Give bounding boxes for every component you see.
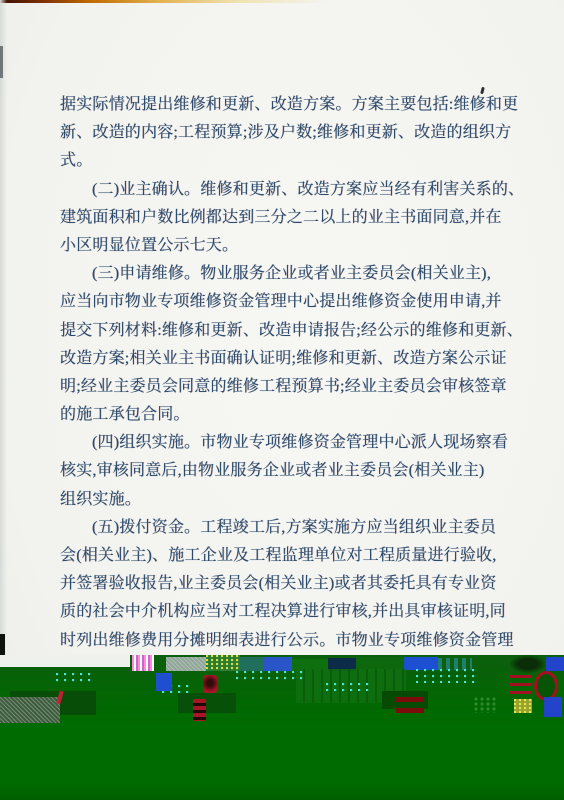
document-line: 建筑面积和户数比例都达到三分之二以上的业主书面同意,并在: [60, 204, 530, 232]
glitch-block: [474, 697, 498, 713]
glitch-block: [514, 699, 532, 713]
document-line: 改造方案;相关业主书面确认证明;维修和更新、改造方案公示证: [60, 345, 530, 373]
document-line: 核实,审核同意后,由物业服务企业或者业主委员会(相关业主): [60, 457, 530, 485]
glitch-block: [0, 697, 60, 723]
document-line: (五)拨付资金。工程竣工后,方案实施方应当组织业主委员: [60, 514, 530, 542]
glitch-block: [510, 675, 532, 699]
glitch-block: [132, 655, 154, 671]
glitch-block: [178, 693, 236, 713]
document-line: (二)业主确认。维修和更新、改造方案应当经有利害关系的、: [60, 176, 530, 204]
glitch-speckles: [326, 683, 370, 691]
document-line: (三)申请维修。物业服务企业或者业主委员会(相关业主),: [60, 260, 530, 288]
scan-left-edge-mark: [0, 46, 3, 78]
document-line: 式。: [60, 147, 530, 175]
document-line: 并签署验收报告,业主委员会(相关业主)或者其委托具有专业资: [60, 570, 530, 598]
glitch-speckles: [416, 669, 476, 683]
glitch-block: [546, 657, 564, 671]
document-text: 据实际情况提出维修和更新、改造方案。方案主要包括:维修和更新、改造的内容;工程预…: [60, 91, 530, 655]
document-line: 会(相关业主)、施工企业及工程监理单位对工程质量进行验收,: [60, 542, 530, 570]
glitch-block: [193, 699, 206, 721]
glitch-block: [206, 655, 240, 671]
glitch-block: [396, 697, 424, 713]
glitch-block: [166, 657, 206, 671]
scanned-document-page: 据实际情况提出维修和更新、改造方案。方案主要包括:维修和更新、改造的内容;工程预…: [0, 0, 564, 800]
glitch-block: [544, 697, 562, 717]
document-line: 应当向市物业专项维修资金管理中心提出维修资金使用申请,并: [60, 288, 530, 316]
scan-top-edge-artifact: [0, 0, 564, 3]
document-line: 提交下列材料:维修和更新、改造申请报告;经公示的维修和更新、: [60, 317, 530, 345]
glitch-block: [510, 655, 546, 673]
document-line: 小区明显位置公示七天。: [60, 232, 530, 260]
glitch-speckles: [236, 671, 306, 683]
document-line: 质的社会中介机构应当对工程决算进行审核,并出具审核证明,同: [60, 598, 530, 626]
glitch-block: [240, 657, 264, 671]
glitch-block: [203, 675, 217, 693]
glitch-speckles: [56, 673, 96, 683]
glitch-block: [156, 673, 172, 691]
document-line: 时列出维修费用分摊明细表进行公示。市物业专项维修资金管理: [60, 627, 530, 655]
document-line: 组织实施。: [60, 486, 530, 514]
document-line: (四)组织实施。市物业专项维修资金管理中心派人现场察看: [60, 429, 530, 457]
document-line: 据实际情况提出维修和更新、改造方案。方案主要包括:维修和更: [60, 91, 530, 119]
document-line: 新、改造的内容;工程预算;涉及户数;维修和更新、改造的组织方: [60, 119, 530, 147]
glitch-block: [264, 657, 292, 671]
glitch-block: [0, 655, 130, 667]
document-line: 的施工承包合同。: [60, 401, 530, 429]
document-line: 明;经业主委员会同意的维修工程预算书;经业主委员会审核签章: [60, 373, 530, 401]
scan-corruption-band: [0, 655, 564, 800]
